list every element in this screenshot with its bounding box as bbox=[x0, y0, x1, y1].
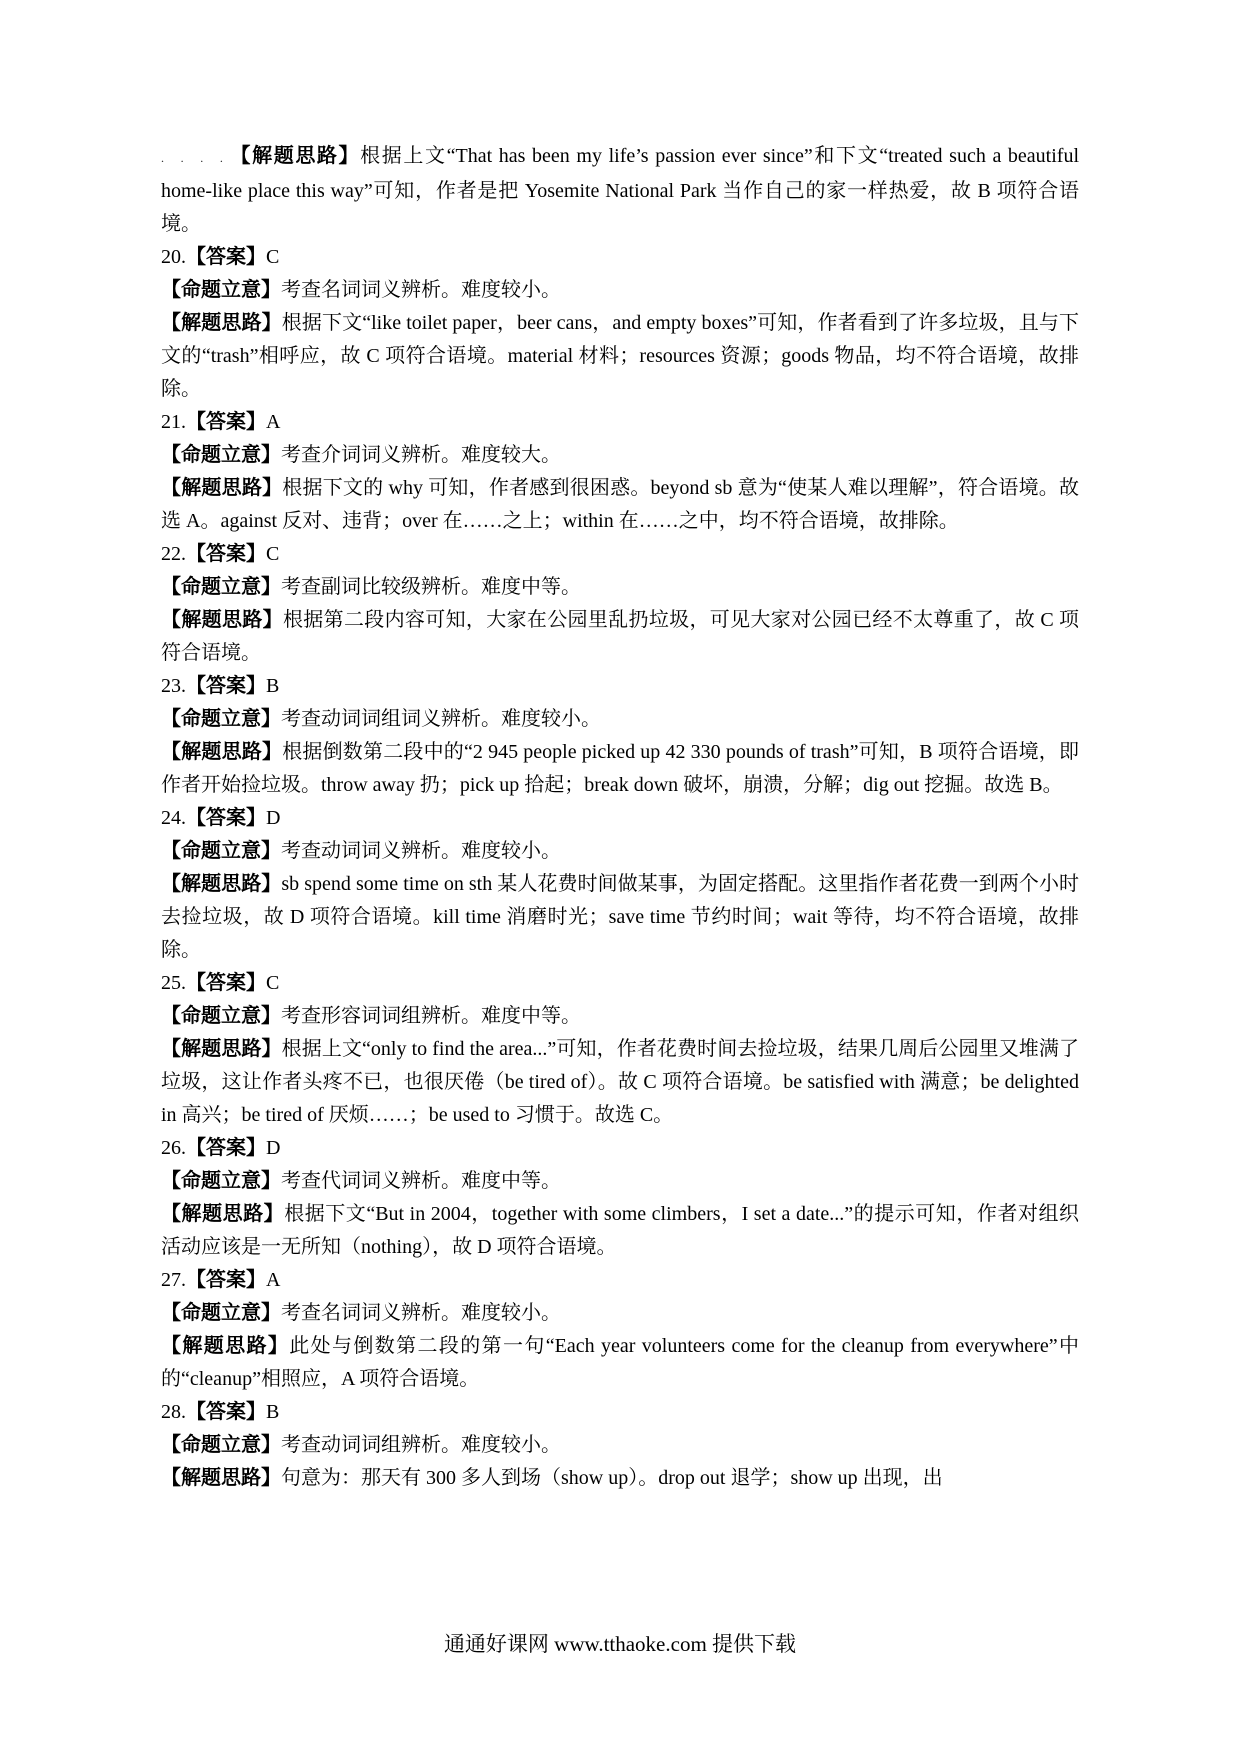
section-label: 【答案】 bbox=[186, 675, 266, 697]
paragraph: 20.【答案】C bbox=[161, 241, 1079, 274]
paragraph: 【解题思路】此处与倒数第二段的第一句“Each year volunteers … bbox=[161, 1330, 1079, 1396]
text-run: 24. bbox=[161, 807, 186, 829]
text-run: 20. bbox=[161, 246, 186, 268]
section-label: 【答案】 bbox=[186, 543, 266, 565]
paragraph: 【解题思路】根据下文“But in 2004，together with som… bbox=[161, 1198, 1079, 1264]
paragraph: 26.【答案】D bbox=[161, 1132, 1079, 1165]
text-run: 25. bbox=[161, 972, 186, 994]
paragraph: 21.【答案】A bbox=[161, 406, 1079, 439]
paragraph: 27.【答案】A bbox=[161, 1264, 1079, 1297]
text-run: A bbox=[266, 411, 280, 433]
section-label: 【答案】 bbox=[186, 1269, 266, 1291]
text-run: 22. bbox=[161, 543, 186, 565]
section-label: 【答案】 bbox=[186, 1401, 266, 1423]
section-label: 【解题思路】 bbox=[229, 145, 360, 167]
paragraph: 【解题思路】sb spend some time on sth 某人花费时间做某… bbox=[161, 868, 1079, 967]
text-run: 考查形容词词组辨析。难度中等。 bbox=[281, 1005, 581, 1027]
section-label: 【解题思路】 bbox=[161, 609, 283, 631]
text-run: B bbox=[266, 1401, 279, 1423]
paragraph: 【解题思路】根据倒数第二段中的“2 945 people picked up 4… bbox=[161, 736, 1079, 802]
text-run: 考查动词词义辨析。难度较小。 bbox=[281, 840, 561, 862]
text-run: A bbox=[266, 1269, 280, 1291]
section-label: 【解题思路】 bbox=[161, 1467, 281, 1489]
paragraph: 25.【答案】C bbox=[161, 967, 1079, 1000]
text-run: 考查名词词义辨析。难度较小。 bbox=[281, 1302, 561, 1324]
text-run: 考查代词词义辨析。难度中等。 bbox=[281, 1170, 561, 1192]
paragraph: 【解题思路】根据下文的 why 可知，作者感到很困惑。beyond sb 意为“… bbox=[161, 472, 1079, 538]
paragraph: 【解题思路】句意为：那天有 300 多人到场（show up）。drop out… bbox=[161, 1462, 1079, 1495]
text-run: C bbox=[266, 972, 279, 994]
section-label: 【命题立意】 bbox=[161, 1434, 281, 1456]
text-run: 根据第二段内容可知，大家在公园里乱扔垃圾，可见大家对公园已经不太尊重了，故 C … bbox=[161, 609, 1079, 664]
section-label: 【命题立意】 bbox=[161, 576, 281, 598]
paragraph: 【命题立意】考查动词词组词义辨析。难度较小。 bbox=[161, 703, 1079, 736]
text-run: sb spend some time on sth 某人花费时间做某事，为固定搭… bbox=[161, 873, 1079, 961]
text-run: 此处与倒数第二段的第一句“Each year volunteers come f… bbox=[161, 1335, 1079, 1390]
paragraph: 【解题思路】根据下文“like toilet paper，beer cans，a… bbox=[161, 307, 1079, 406]
paragraph: . . . .【解题思路】根据上文“That has been my life’… bbox=[161, 140, 1079, 241]
paragraph: 【命题立意】考查形容词词组辨析。难度中等。 bbox=[161, 1000, 1079, 1033]
footer-download-note: 通通好课网 www.tthaoke.com 提供下载 bbox=[0, 1628, 1240, 1661]
paragraph: 28.【答案】B bbox=[161, 1396, 1079, 1429]
text-run: 23. bbox=[161, 675, 186, 697]
section-label: 【答案】 bbox=[186, 1137, 266, 1159]
section-label: 【解题思路】 bbox=[161, 1038, 282, 1060]
text-run: 考查动词词组辨析。难度较小。 bbox=[281, 1434, 561, 1456]
section-label: 【解题思路】 bbox=[161, 312, 282, 334]
paragraph: 【命题立意】考查动词词义辨析。难度较小。 bbox=[161, 835, 1079, 868]
section-label: 【解题思路】 bbox=[161, 1335, 289, 1357]
paragraph: 【解题思路】根据第二段内容可知，大家在公园里乱扔垃圾，可见大家对公园已经不太尊重… bbox=[161, 604, 1079, 670]
section-label: 【解题思路】 bbox=[161, 741, 282, 763]
text-run: 考查介词词义辨析。难度较大。 bbox=[281, 444, 561, 466]
text-run: D bbox=[266, 1137, 280, 1159]
text-run: 根据上文“only to find the area...”可知，作者花费时间去… bbox=[161, 1038, 1079, 1126]
artifact-dots: . . . . bbox=[161, 151, 229, 165]
section-label: 【解题思路】 bbox=[161, 477, 282, 499]
text-run: B bbox=[266, 675, 279, 697]
section-label: 【命题立意】 bbox=[161, 1302, 281, 1324]
document-page: . . . .【解题思路】根据上文“That has been my life’… bbox=[0, 0, 1240, 1754]
paragraph: 24.【答案】D bbox=[161, 802, 1079, 835]
section-label: 【解题思路】 bbox=[161, 1203, 284, 1225]
section-label: 【命题立意】 bbox=[161, 1170, 281, 1192]
section-label: 【答案】 bbox=[186, 972, 266, 994]
section-label: 【命题立意】 bbox=[161, 1005, 281, 1027]
text-run: 26. bbox=[161, 1137, 186, 1159]
text-run: 根据下文“like toilet paper，beer cans，and emp… bbox=[161, 312, 1079, 400]
paragraph: 【解题思路】根据上文“only to find the area...”可知，作… bbox=[161, 1033, 1079, 1132]
paragraph: 【命题立意】考查名词词义辨析。难度较小。 bbox=[161, 274, 1079, 307]
text-run: 考查名词词义辨析。难度较小。 bbox=[281, 279, 561, 301]
text-run: C bbox=[266, 246, 279, 268]
text-run: 根据下文“But in 2004，together with some clim… bbox=[161, 1203, 1079, 1258]
text-run: 根据下文的 why 可知，作者感到很困惑。beyond sb 意为“使某人难以理… bbox=[161, 477, 1079, 532]
section-label: 【命题立意】 bbox=[161, 840, 281, 862]
paragraph: 【命题立意】考查动词词组辨析。难度较小。 bbox=[161, 1429, 1079, 1462]
text-run: 根据倒数第二段中的“2 945 people picked up 42 330 … bbox=[161, 741, 1079, 796]
section-label: 【命题立意】 bbox=[161, 708, 281, 730]
section-label: 【答案】 bbox=[186, 807, 266, 829]
text-run: 考查动词词组词义辨析。难度较小。 bbox=[281, 708, 601, 730]
section-label: 【答案】 bbox=[186, 411, 266, 433]
text-run: D bbox=[266, 807, 280, 829]
answer-explanations: . . . .【解题思路】根据上文“That has been my life’… bbox=[161, 140, 1079, 1495]
text-run: C bbox=[266, 543, 279, 565]
paragraph: 【命题立意】考查名词词义辨析。难度较小。 bbox=[161, 1297, 1079, 1330]
text-run: 考查副词比较级辨析。难度中等。 bbox=[281, 576, 581, 598]
text-run: 27. bbox=[161, 1269, 186, 1291]
section-label: 【答案】 bbox=[186, 246, 266, 268]
section-label: 【命题立意】 bbox=[161, 279, 281, 301]
paragraph: 【命题立意】考查介词词义辨析。难度较大。 bbox=[161, 439, 1079, 472]
paragraph: 23.【答案】B bbox=[161, 670, 1079, 703]
text-run: 句意为：那天有 300 多人到场（show up）。drop out 退学；sh… bbox=[281, 1467, 943, 1489]
paragraph: 22.【答案】C bbox=[161, 538, 1079, 571]
section-label: 【解题思路】 bbox=[161, 873, 281, 895]
text-run: 21. bbox=[161, 411, 186, 433]
section-label: 【命题立意】 bbox=[161, 444, 281, 466]
paragraph: 【命题立意】考查代词词义辨析。难度中等。 bbox=[161, 1165, 1079, 1198]
paragraph: 【命题立意】考查副词比较级辨析。难度中等。 bbox=[161, 571, 1079, 604]
text-run: 28. bbox=[161, 1401, 186, 1423]
